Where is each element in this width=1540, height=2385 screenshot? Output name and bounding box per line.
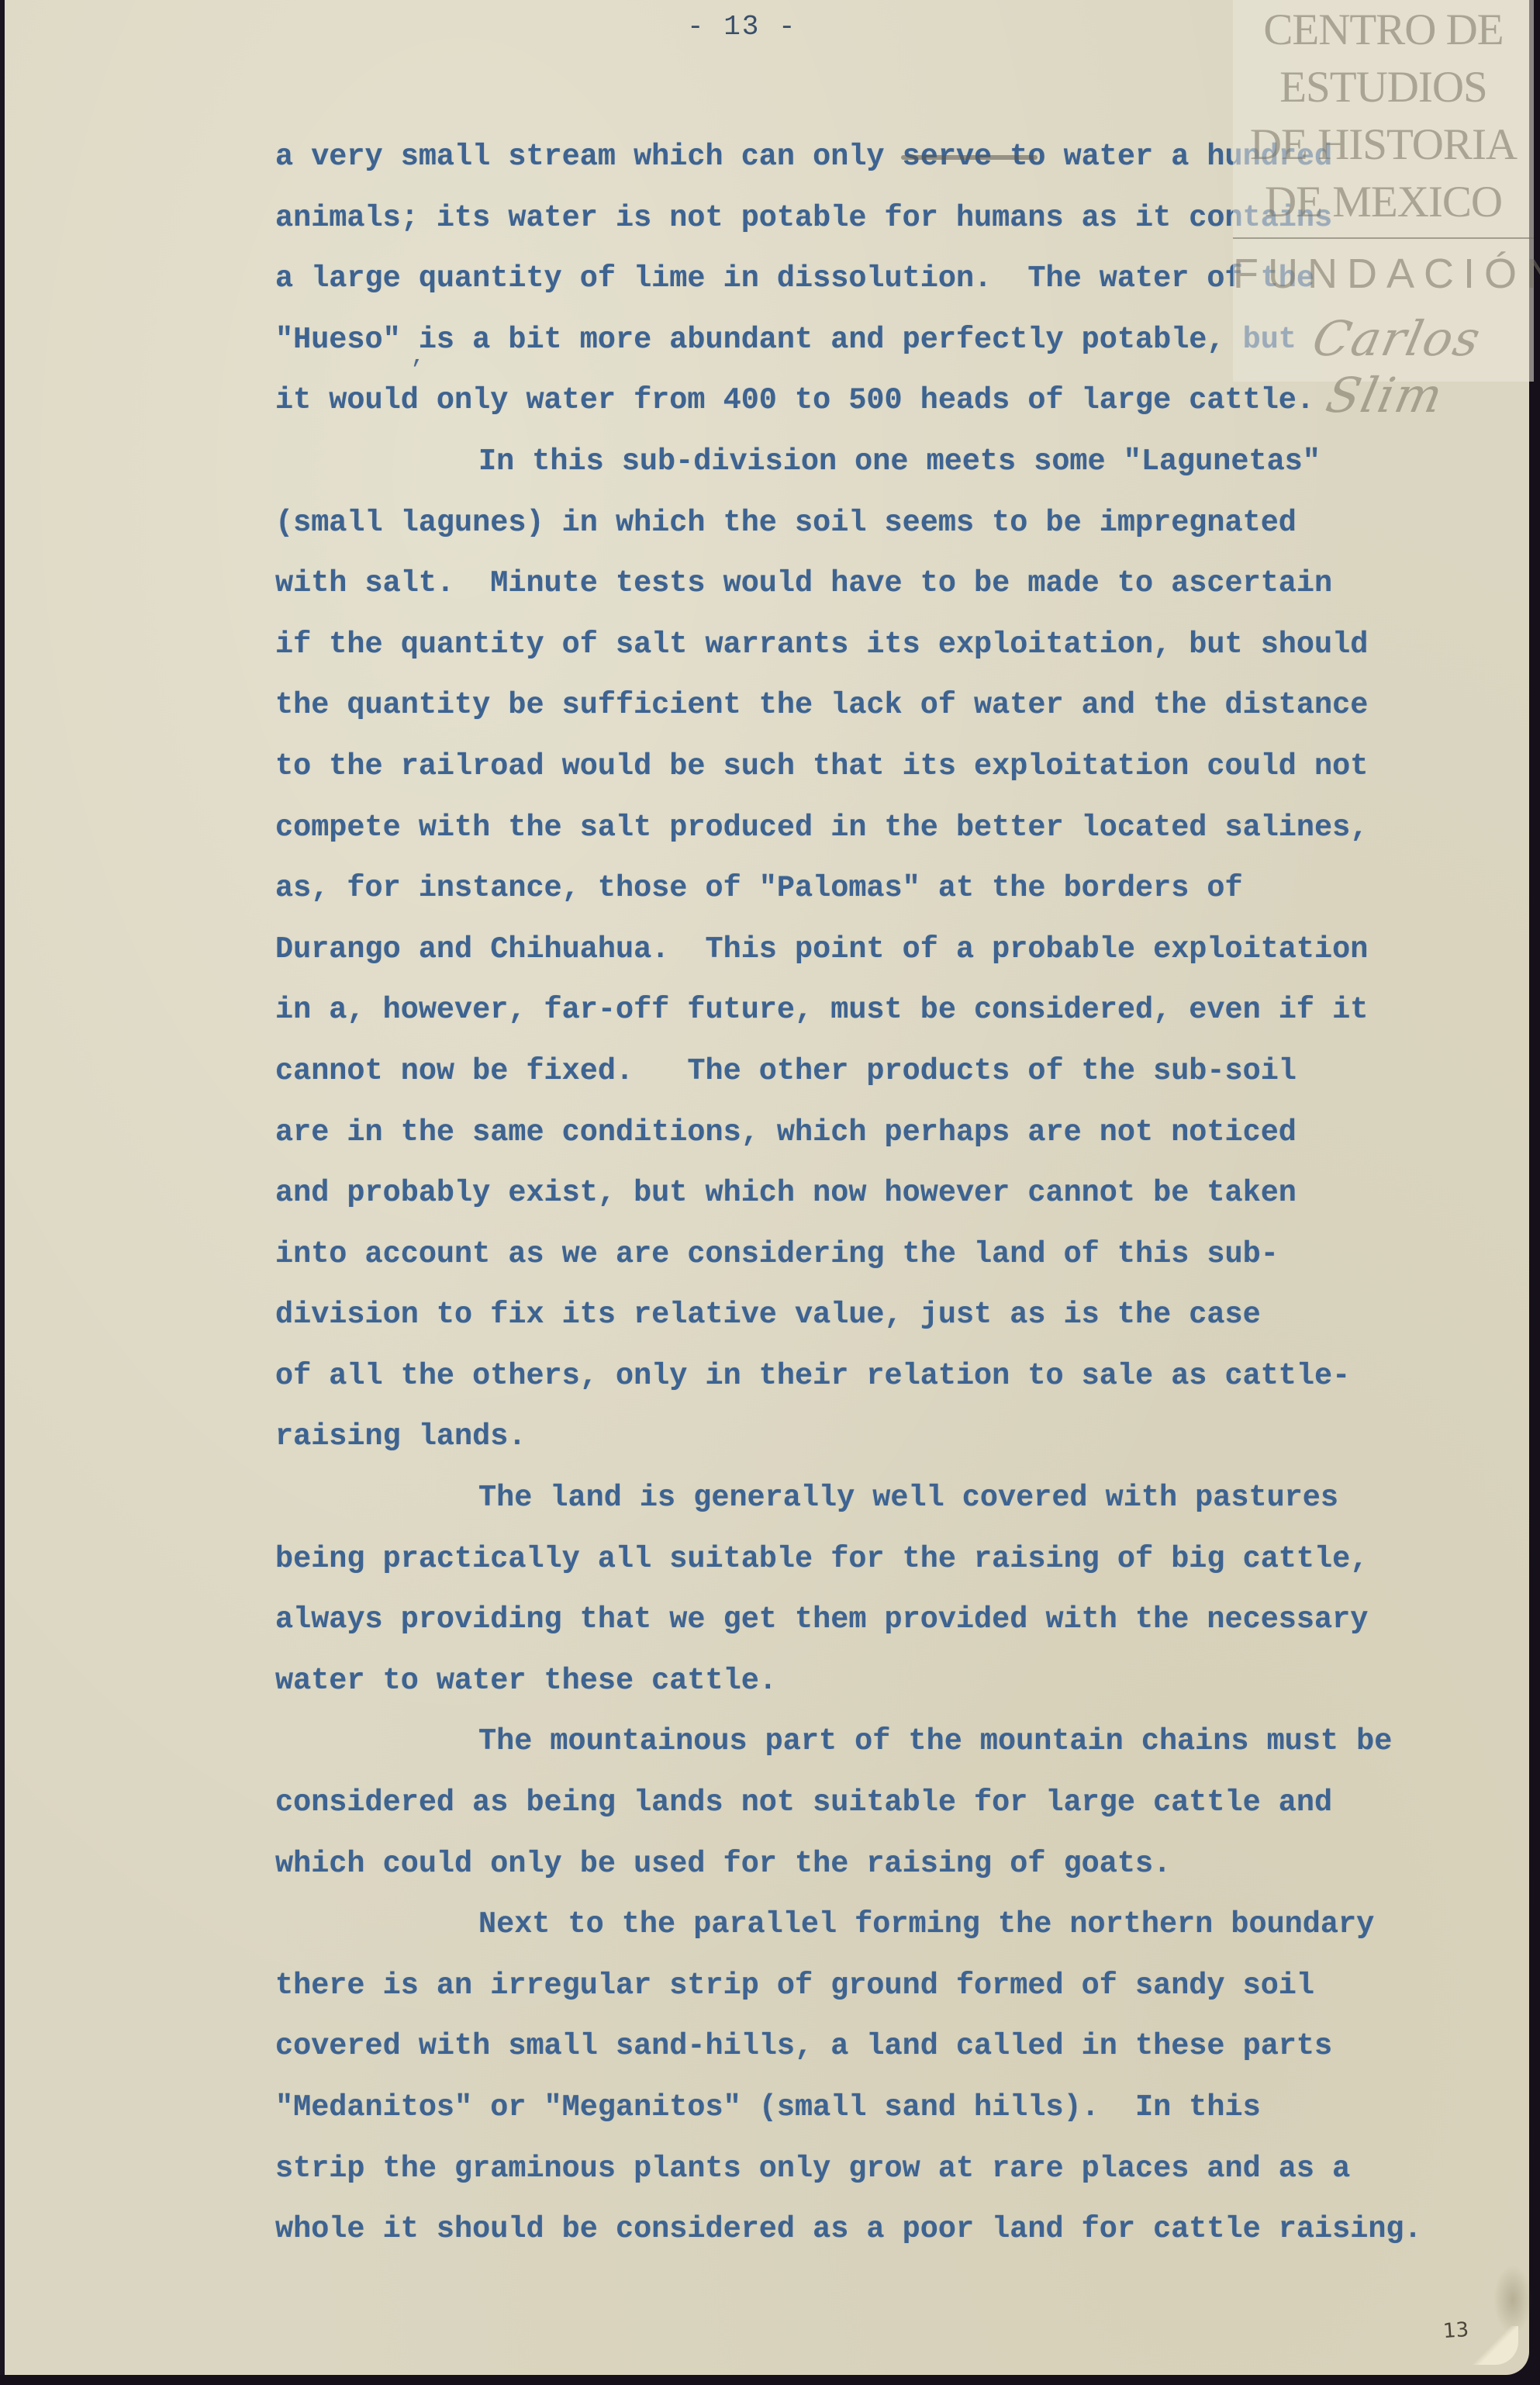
text-line: into account as we are considering the l… xyxy=(275,1224,1485,1285)
watermark-line: CENTRO DE xyxy=(1233,2,1534,59)
text-line: in a, however, far-off future, must be c… xyxy=(275,980,1485,1041)
text-line: water to water these cattle. xyxy=(275,1650,1485,1712)
text-line: with salt. Minute tests would have to be… xyxy=(275,553,1485,614)
text-line: and probably exist, but which now howeve… xyxy=(275,1163,1485,1224)
text-line: division to fix its relative value, just… xyxy=(275,1284,1485,1346)
struck-through-text: serve to xyxy=(903,140,1046,174)
text-line: considered as being lands not suitable f… xyxy=(275,1772,1485,1834)
page-corner-curl xyxy=(1472,2326,1518,2365)
text-line: which could only be used for the raising… xyxy=(275,1834,1485,1895)
text-line: as, for instance, those of "Palomas" at … xyxy=(275,858,1485,919)
watermark-line: DE HISTORIA xyxy=(1233,116,1534,174)
text-line: "Medanitos" or "Meganitos" (small sand h… xyxy=(275,2077,1485,2138)
archive-watermark: CENTRO DE ESTUDIOS DE HISTORIA DE MEXICO… xyxy=(1233,0,1534,382)
watermark-divider xyxy=(1233,237,1534,239)
text-line: cannot now be fixed. The other products … xyxy=(275,1041,1485,1102)
paragraph-start-line: The land is generally well covered with … xyxy=(275,1467,1485,1529)
text-line: the quantity be sufficient the lack of w… xyxy=(275,675,1485,736)
page-header-number: - 13 - xyxy=(687,11,797,43)
paragraph-start-line: Next to the parallel forming the norther… xyxy=(275,1894,1485,1955)
text-line: covered with small sand-hills, a land ca… xyxy=(275,2016,1485,2077)
document-page: - 13 - a very small stream which can onl… xyxy=(5,0,1529,2375)
text-line: to the railroad would be such that its e… xyxy=(275,736,1485,797)
text-line: Durango and Chihuahua. This point of a p… xyxy=(275,919,1485,980)
text-line: being practically all suitable for the r… xyxy=(275,1529,1485,1590)
handwritten-comma-annotation: , xyxy=(411,327,425,388)
paragraph-start-line: In this sub-division one meets some "Lag… xyxy=(275,431,1485,493)
text-line: if the quantity of salt warrants its exp… xyxy=(275,614,1485,676)
text-line: always providing that we get them provid… xyxy=(275,1589,1485,1650)
text-line: (small lagunes) in which the soil seems … xyxy=(275,493,1485,554)
handwritten-folio-number: 13 xyxy=(1442,2318,1469,2343)
text-line-segment: "Hueso" is a bit more abundant and perfe… xyxy=(275,323,1297,357)
watermark-signature: Carlos Slim xyxy=(1236,310,1540,423)
page-corner-shadow xyxy=(1493,2265,1532,2335)
paragraph-start-line: The mountainous part of the mountain cha… xyxy=(275,1711,1485,1772)
typed-body-text: a very small stream which can only serve… xyxy=(275,126,1485,2260)
text-line: strip the graminous plants only grow at … xyxy=(275,2138,1485,2200)
text-line: of all the others, only in their relatio… xyxy=(275,1346,1485,1407)
text-line: there is an irregular strip of ground fo… xyxy=(275,1955,1485,2017)
text-line-segment: a very small stream which can only xyxy=(275,140,903,174)
watermark-line: DE MEXICO xyxy=(1233,174,1534,231)
text-line: are in the same conditions, which perhap… xyxy=(275,1102,1485,1163)
text-line: compete with the salt produced in the be… xyxy=(275,797,1485,859)
text-line: whole it should be considered as a poor … xyxy=(275,2199,1485,2260)
text-line: raising lands. xyxy=(275,1406,1485,1467)
watermark-foundation: FUNDACIÓN xyxy=(1233,250,1534,298)
scan-bottom-border xyxy=(0,2375,1540,2385)
watermark-line: ESTUDIOS xyxy=(1233,59,1534,116)
